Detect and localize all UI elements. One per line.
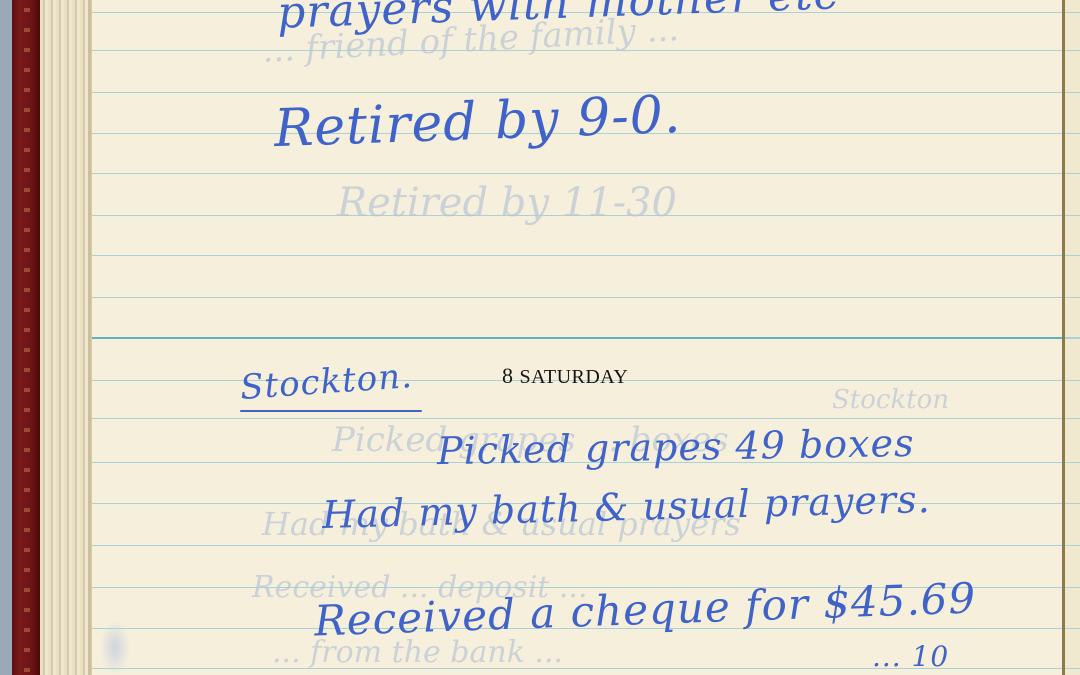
- ruled-line: [92, 297, 1062, 298]
- ruled-line: [92, 255, 1062, 256]
- ruled-line: [92, 418, 1062, 419]
- diary-cover-spine: [0, 0, 40, 675]
- handwritten-line-grapes: Picked grapes 49 boxes: [437, 421, 915, 473]
- date-number: 8: [502, 363, 514, 388]
- handwritten-line-partial: ... 10: [872, 640, 949, 673]
- day-divider-line: [92, 337, 1062, 339]
- handwritten-retired: Retired by 9-0.: [273, 85, 682, 159]
- bleed-through-text: Retired by 11-30: [337, 180, 677, 226]
- ink-smudge: [100, 620, 130, 675]
- ruled-line: [92, 173, 1062, 174]
- bleed-through-text: Stockton: [832, 385, 949, 415]
- cover-tooling: [24, 0, 30, 675]
- location-underline: [240, 410, 422, 412]
- ruled-line: [92, 545, 1062, 546]
- page-edges: [40, 0, 92, 675]
- handwritten-line-bath: Had my bath & usual prayers.: [322, 477, 932, 537]
- diary-page: ... friend of the family ... Retired by …: [92, 0, 1062, 675]
- gutter: [88, 0, 91, 675]
- printed-date-heading: 8 Saturday: [502, 363, 628, 389]
- facing-page-edge: [1062, 0, 1080, 675]
- handwritten-location: Stockton.: [239, 356, 414, 408]
- day-name: Saturday: [520, 366, 629, 388]
